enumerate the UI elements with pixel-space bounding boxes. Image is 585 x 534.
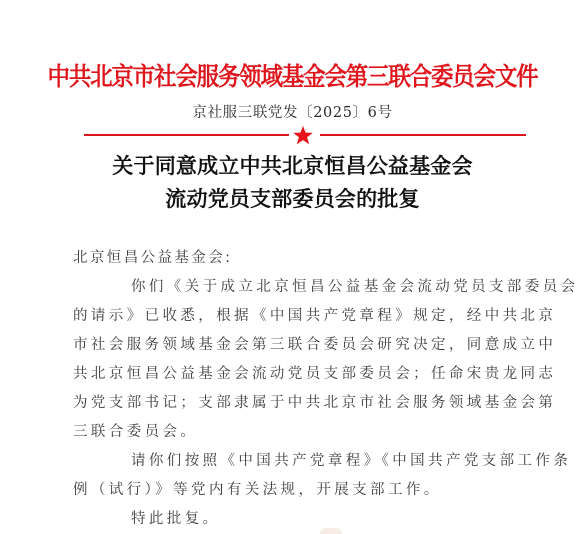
body-line: 共北京恒昌公益基金会流动党员支部委员会；任命宋贵龙同志 bbox=[73, 360, 515, 389]
document-page: 中共北京市社会服务领域基金会第三联合委员会文件 京社服三联党发〔2025〕6号 … bbox=[0, 0, 585, 534]
red-divider bbox=[84, 124, 526, 144]
body-line: 为党支部书记；支部隶属于中共北京市社会服务领域基金会第 bbox=[73, 389, 515, 418]
divider-line-right bbox=[320, 134, 526, 136]
body-line: 市社会服务领域基金会第三联合委员会研究决定，同意成立中 bbox=[73, 331, 515, 360]
document-body: 北京恒昌公益基金会: 你们《关于成立北京恒昌公益基金会流动党员支部委员会 的请示… bbox=[73, 244, 515, 534]
document-title-line-2: 流动党员支部委员会的批复 bbox=[0, 183, 585, 215]
body-line: 三联合委员会。 bbox=[73, 418, 515, 447]
body-line: 例（试行）》等党内有关法规，开展支部工作。 bbox=[73, 476, 515, 505]
body-line: 你们《关于成立北京恒昌公益基金会流动党员支部委员会 bbox=[73, 273, 515, 302]
closing-line: 特此批复。 bbox=[73, 505, 515, 534]
body-line: 请你们按照《中国共产党章程》《中国共产党支部工作条 bbox=[73, 447, 515, 476]
star-icon bbox=[292, 125, 314, 145]
body-line: 的请示》已收悉，根据《中国共产党章程》规定，经中共北京 bbox=[73, 302, 515, 331]
document-number: 京社服三联党发〔2025〕6号 bbox=[0, 101, 585, 125]
divider-line-left bbox=[84, 134, 289, 136]
document-title-line-1: 关于同意成立中共北京恒昌公益基金会 bbox=[0, 150, 585, 182]
salutation: 北京恒昌公益基金会: bbox=[73, 244, 515, 273]
seal-stamp-edge bbox=[320, 528, 342, 534]
issuer-header: 中共北京市社会服务领域基金会第三联合委员会文件 bbox=[0, 58, 585, 96]
